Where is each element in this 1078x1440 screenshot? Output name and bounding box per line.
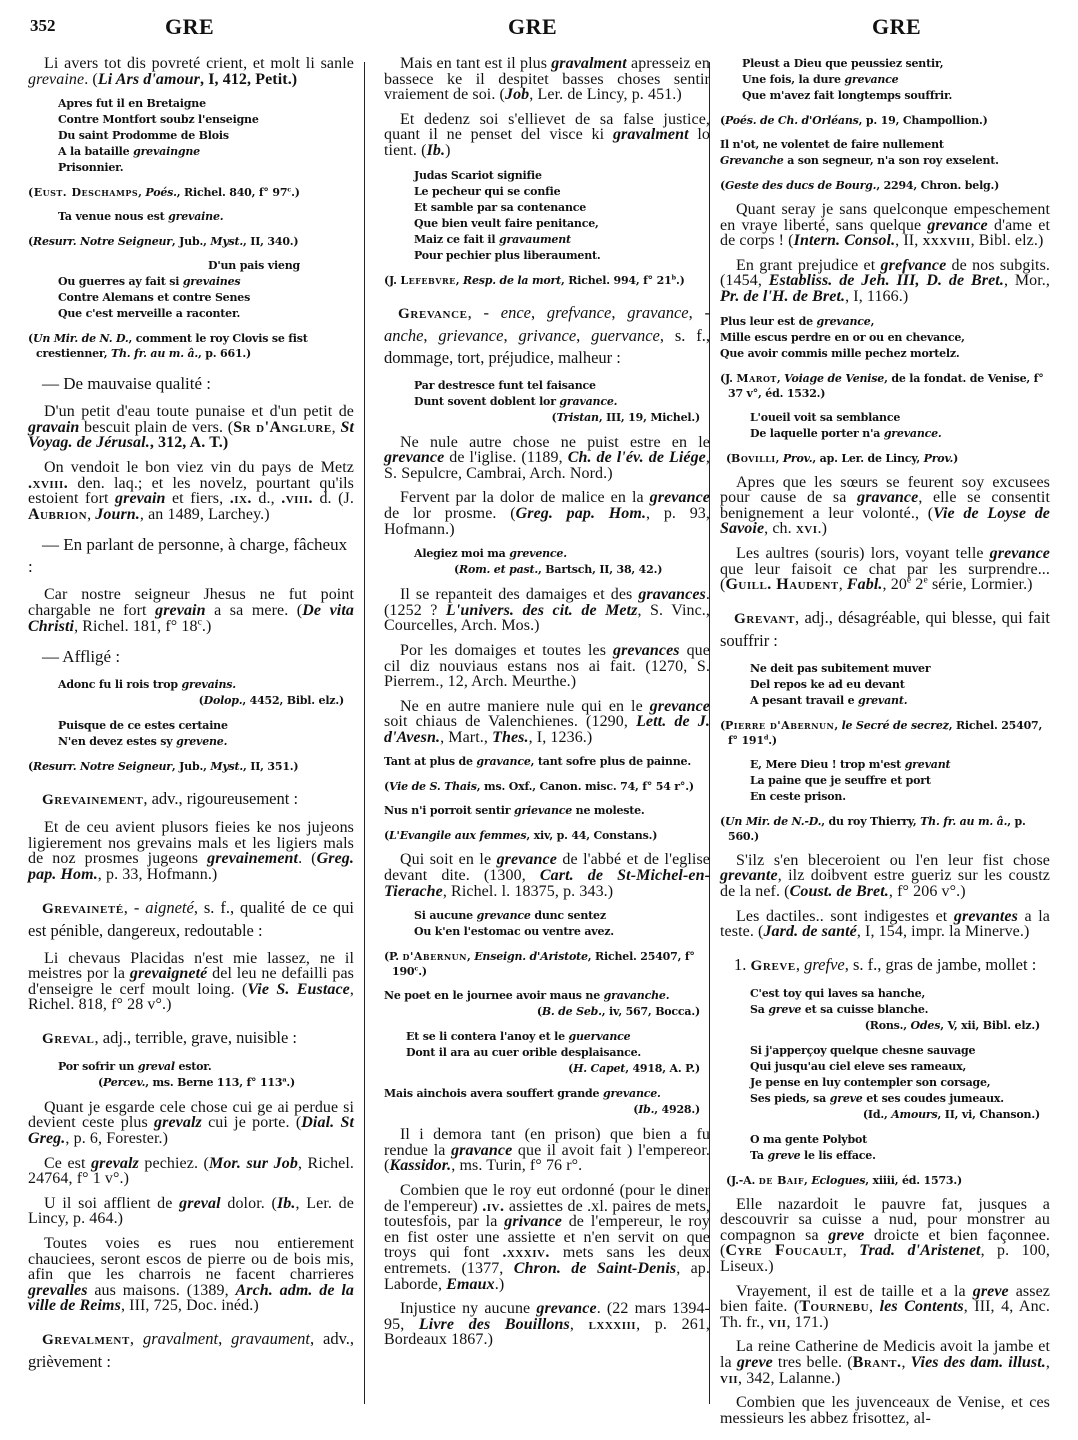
- quotation: Apres que les sœurs se feurent soy excus…: [720, 475, 1050, 537]
- verse-line: (Percev., ms. Berne 113, f° 113a.): [58, 1075, 354, 1091]
- verse-line: Plus leur est de grevance,: [720, 314, 1050, 330]
- quotation: Les aultres (souris) lors, voyant telle …: [720, 546, 1050, 593]
- verse-line: Mille escus perdre en or ou en chevance,: [720, 330, 1050, 346]
- verse-line: (H. Capet, 4918, A. P.): [406, 1061, 710, 1077]
- quotation: On vendoit le bon viez vin du pays de Me…: [28, 460, 354, 522]
- running-head-center: GRE: [508, 14, 557, 40]
- entry-headword: Grevaineté, - aigneté, s. f., qualité de…: [28, 897, 354, 942]
- column-rule-left: [364, 62, 365, 1404]
- verse-quotation: Pleust a Dieu que peussiez sentir,Une fo…: [720, 56, 1050, 104]
- verse-line: Del repos ke ad eu devant: [750, 677, 1050, 693]
- verse-quotation: Si j'apperçoy quelque chesne sauvageQui …: [720, 1043, 1050, 1123]
- verse-line: (Ib., 4928.): [384, 1102, 710, 1118]
- quotation: Et de ceu avient plusors fieies ke nos j…: [28, 820, 354, 882]
- verse-quotation: D'un pais viengOu guerres ay fait si gre…: [28, 258, 354, 322]
- verse-line: Du saint Prodomme de Blois: [58, 128, 354, 144]
- citation: (Pierre d'Abernun, le Secré de secrez, R…: [720, 718, 1050, 748]
- verse-line: (Rom. et past., Bartsch, II, 38, 42.): [414, 562, 710, 578]
- column-left: Li avers tot dis povreté crient, et molt…: [28, 56, 354, 1382]
- quotation: Fervent par la dolor de malice en la gre…: [384, 490, 710, 537]
- column-right: Pleust a Dieu que peussiez sentir,Une fo…: [720, 56, 1050, 1435]
- verse-quotation: C'est toy qui laves sa hanche,Sa greve e…: [720, 986, 1050, 1034]
- verse-quotation: E, Mere Dieu ! trop m'est grevantLa pain…: [720, 757, 1050, 805]
- running-head-left: GRE: [165, 14, 214, 40]
- quotation: Il se repanteit des damaiges et des grav…: [384, 587, 710, 634]
- quotation: Ce est grevalz pechiez. (Mor. sur Job, R…: [28, 1156, 354, 1187]
- verse-quotation: Por sofrir un greval estor.(Percev., ms.…: [28, 1059, 354, 1091]
- verse-line: Alegiez moi ma grevence.: [414, 546, 710, 562]
- citation: (J. Lefebvre, Resp. de la mort, Richel. …: [384, 273, 710, 288]
- citation: (Poés. de Ch. d'Orléans, p. 19, Champoll…: [720, 113, 1050, 128]
- citation: (Geste des ducs de Bourg., 2294, Chron. …: [720, 178, 1050, 193]
- verse-line: Apres fut il en Bretaigne: [58, 96, 354, 112]
- verse-quotation: Puisque de ce estes certaineN'en devez e…: [28, 718, 354, 750]
- verse-line: Ne deit pas subitement muver: [750, 661, 1050, 677]
- entry-headword: Grevant, adj., désagréable, qui blesse, …: [720, 607, 1050, 652]
- quotation: Et dedenz soi s'ellievet de sa false jus…: [384, 112, 710, 159]
- citation: (Vie de S. Thais, ms. Oxf., Canon. misc.…: [384, 779, 710, 794]
- verse-line: Ne poet en le journee avoir maus ne grav…: [384, 988, 710, 1004]
- citation: (L'Evangile aux femmes, xiv, p. 44, Cons…: [384, 828, 710, 843]
- page-number: 352: [30, 16, 56, 36]
- verse-line: Tant at plus de gravance, tant sofre plu…: [384, 754, 710, 770]
- verse-line: (Dolop., 4452, Bibl. elz.): [58, 693, 354, 709]
- quotation: Les dactiles.. sont indigestes et grevan…: [720, 909, 1050, 940]
- verse-line: L'oueil voit sa semblance: [750, 410, 1050, 426]
- verse-line: Que avoir commis mille pechez mortelz.: [720, 346, 1050, 362]
- running-head-right: GRE: [872, 14, 921, 40]
- verse-quotation: Ne deit pas subitement muverDel repos ke…: [720, 661, 1050, 709]
- verse-line: Que m'avez fait longtemps souffrir.: [742, 88, 1050, 104]
- verse-line: Il n'ot, ne volentet de faire nullement: [720, 137, 1050, 153]
- quotation: En grant prejudice et grefvance de nos s…: [720, 258, 1050, 305]
- verse-line: (B. de Seb., iv, 567, Bocca.): [384, 1004, 710, 1020]
- verse-line: Dunt sovent doblent lor gravance.: [414, 394, 710, 410]
- verse-line: Puisque de ce estes certaine: [58, 718, 354, 734]
- verse-line: Ta venue nous est grevaine.: [58, 209, 354, 225]
- citation: (J.-A. de Baif, Eclogues, xiiii, éd. 157…: [720, 1173, 1050, 1188]
- citation: (Eust. Deschamps, Poés., Richel. 840, f°…: [28, 185, 354, 200]
- verse-line: D'un pais vieng: [58, 258, 354, 274]
- verse-line: O ma gente Polybot: [750, 1132, 1050, 1148]
- verse-line: Qui jusqu'au ciel eleve ses rameaux,: [750, 1059, 1050, 1075]
- verse-quotation: Ta venue nous est grevaine.: [28, 209, 354, 225]
- quotation: Car nostre seigneur Jhesus ne fut point …: [28, 587, 354, 634]
- citation: (J. Marot, Voiage de Venise, de la fonda…: [720, 371, 1050, 401]
- verse-line: Pleust a Dieu que peussiez sentir,: [742, 56, 1050, 72]
- sense-heading: — De mauvaise qualité :: [28, 373, 354, 395]
- quotation: Ne nule autre chose ne puist estre en le…: [384, 435, 710, 482]
- quotation: Injustice ny aucune grevance. (22 mars 1…: [384, 1301, 710, 1348]
- verse-line: Dont il ara au cuer orible desplaisance.: [406, 1045, 710, 1061]
- verse-line: Si j'apperçoy quelque chesne sauvage: [750, 1043, 1050, 1059]
- verse-quotation: Et se li contera l'anoy et le guervanceD…: [384, 1029, 710, 1077]
- entry-headword: Grevainement, adv., rigoureusement :: [28, 788, 354, 811]
- quotation: Il i demora tant (en prison) que bien a …: [384, 1127, 710, 1174]
- quotation: Mais en tant est il plus gravalment apre…: [384, 56, 710, 103]
- citation: (P. d'Abernun, Enseign. d'Aristote, Rich…: [384, 949, 710, 979]
- column-middle: Mais en tant est il plus gravalment apre…: [384, 56, 710, 1357]
- verse-line: Por sofrir un greval estor.: [58, 1059, 354, 1075]
- verse-line: Et samble par sa contenance: [414, 200, 710, 216]
- entry-headword: Grevance, - ence, grefvance, gravance, -…: [384, 302, 710, 369]
- verse-line: Contre Montfort soubz l'enseigne: [58, 112, 354, 128]
- verse-quotation: Judas Scariot signifieLe pecheur qui se …: [384, 168, 710, 264]
- quotation: Combien que les juvenceaux de Venise, et…: [720, 1395, 1050, 1426]
- quotation: Toutes voies es rues nou entierement cha…: [28, 1236, 354, 1314]
- verse-line: Contre Alemans et contre Senes: [58, 290, 354, 306]
- sense-heading: — Affligé :: [28, 646, 354, 668]
- quotation: Por les domaiges et toutes les grevances…: [384, 643, 710, 690]
- quotation: Vrayement, il est de taille et a la grev…: [720, 1284, 1050, 1331]
- verse-line: Ou k'en l'estomac ou ventre avez.: [414, 924, 710, 940]
- verse-quotation: Si aucune grevance dunc sentezOu k'en l'…: [384, 908, 710, 940]
- verse-line: Adonc fu li rois trop grevains.: [58, 677, 354, 693]
- quotation: U il soi afflient de greval dolor. (Ib.,…: [28, 1196, 354, 1227]
- verse-line: C'est toy qui laves sa hanche,: [750, 986, 1050, 1002]
- quotation: Li avers tot dis povreté crient, et molt…: [28, 56, 354, 87]
- verse-quotation: L'oueil voit sa semblanceDe laquelle por…: [720, 410, 1050, 442]
- citation: (Resurr. Notre Seigneur, Jub., Myst., II…: [28, 759, 354, 774]
- quotation: Elle nazardoit le pauvre fat, jusques a …: [720, 1197, 1050, 1275]
- verse-line: Mais ainchois avera souffert grande grev…: [384, 1086, 710, 1102]
- citation: (Resurr. Notre Seigneur, Jub., Myst., II…: [28, 234, 354, 249]
- verse-line: Une fois, la dure grevance: [742, 72, 1050, 88]
- verse-quotation: O ma gente PolybotTa greve le lis efface…: [720, 1132, 1050, 1164]
- verse-line: Sa greve et sa cuisse blanche.: [750, 1002, 1050, 1018]
- verse-line: Par destresce funt tel faisance: [414, 378, 710, 394]
- verse-line: Si aucune grevance dunc sentez: [414, 908, 710, 924]
- verse-line: (Tristan, III, 19, Michel.): [414, 410, 710, 426]
- quotation: Quant seray je sans quelconque empeschem…: [720, 202, 1050, 249]
- verse-line: (Id., Amours, II, vi, Chanson.): [750, 1107, 1050, 1123]
- verse-quotation: Par destresce funt tel faisanceDunt sove…: [384, 378, 710, 426]
- quotation: D'un petit d'eau toute punaise et d'un p…: [28, 404, 354, 451]
- verse-line: Nus n'i porroit sentir grievance ne mole…: [384, 803, 710, 819]
- quotation: La reine Catherine de Medicis avoit la j…: [720, 1339, 1050, 1386]
- verse-line: En ceste prison.: [750, 789, 1050, 805]
- verse-line: Prisonnier.: [58, 160, 354, 176]
- verse-line: Que bien veult faire penitance,: [414, 216, 710, 232]
- verse-quotation: Plus leur est de grevance,Mille escus pe…: [720, 314, 1050, 362]
- verse-quotation: Ne poet en le journee avoir maus ne grav…: [384, 988, 710, 1020]
- verse-quotation: Il n'ot, ne volentet de faire nullementG…: [720, 137, 1050, 169]
- citation: (Bovilli, Prov., ap. Ler. de Lincy, Prov…: [720, 451, 1050, 466]
- quotation: Li chevaus Placidas n'est mie lassez, ne…: [28, 951, 354, 1013]
- entry-headword: 1. Greve, grefve, s. f., gras de jambe, …: [720, 954, 1050, 977]
- verse-line: N'en devez estes sy grevene.: [58, 734, 354, 750]
- verse-line: Et se li contera l'anoy et le guervance: [406, 1029, 710, 1045]
- verse-line: (Rons., Odes, V, xii, Bibl. elz.): [750, 1018, 1050, 1034]
- quotation: Combien que le roy eut ordonné (pour le …: [384, 1183, 710, 1292]
- verse-line: La paine que je seuffre et port: [750, 773, 1050, 789]
- verse-quotation: Mais ainchois avera souffert grande grev…: [384, 1086, 710, 1118]
- quotation: S'ilz s'en bleceroient ou l'en leur fist…: [720, 853, 1050, 900]
- verse-quotation: Adonc fu li rois trop grevains.(Dolop., …: [28, 677, 354, 709]
- verse-line: E, Mere Dieu ! trop m'est grevant: [750, 757, 1050, 773]
- verse-quotation: Alegiez moi ma grevence.(Rom. et past., …: [384, 546, 710, 578]
- quotation: Ne en autre maniere nule qui en le greva…: [384, 699, 710, 746]
- verse-line: Judas Scariot signifie: [414, 168, 710, 184]
- citation: (Un Mir. de N.-D., du roy Thierry, Th. f…: [720, 814, 1050, 844]
- verse-quotation: Nus n'i porroit sentir grievance ne mole…: [384, 803, 710, 819]
- verse-line: A pesant travail e grevant.: [750, 693, 1050, 709]
- verse-line: Ou guerres ay fait si grevaines: [58, 274, 354, 290]
- verse-line: Ta greve le lis efface.: [750, 1148, 1050, 1164]
- quotation: Quant je esgarde cele chose cui ge ai pe…: [28, 1100, 354, 1147]
- verse-line: Ses pieds, sa greve et ses coudes jumeau…: [750, 1091, 1050, 1107]
- verse-line: Que c'est merveille a raconter.: [58, 306, 354, 322]
- verse-line: De laquelle porter n'a grevance.: [750, 426, 1050, 442]
- verse-line: A la bataille grevaingne: [58, 144, 354, 160]
- verse-quotation: Tant at plus de gravance, tant sofre plu…: [384, 754, 710, 770]
- verse-quotation: Apres fut il en BretaigneContre Montfort…: [28, 96, 354, 176]
- entry-headword: Grevalment, gravalment, gravaument, adv.…: [28, 1328, 354, 1373]
- quotation: Qui soit en le grevance de l'abbé et de …: [384, 852, 710, 899]
- verse-line: Maiz ce fait il gravaument: [414, 232, 710, 248]
- verse-line: Pour pechier plus liberaument.: [414, 248, 710, 264]
- citation: (Un Mir. de N. D., comment le roy Clovis…: [28, 331, 354, 361]
- verse-line: Le pecheur qui se confie: [414, 184, 710, 200]
- verse-line: Je pense en luy contempler son corsage,: [750, 1075, 1050, 1091]
- sense-heading: — En parlant de personne, à charge, fâch…: [28, 534, 354, 578]
- entry-headword: Greval, adj., terrible, grave, nuisible …: [28, 1027, 354, 1050]
- verse-line: Grevanche a son segneur, n'a son roy exs…: [720, 153, 1050, 169]
